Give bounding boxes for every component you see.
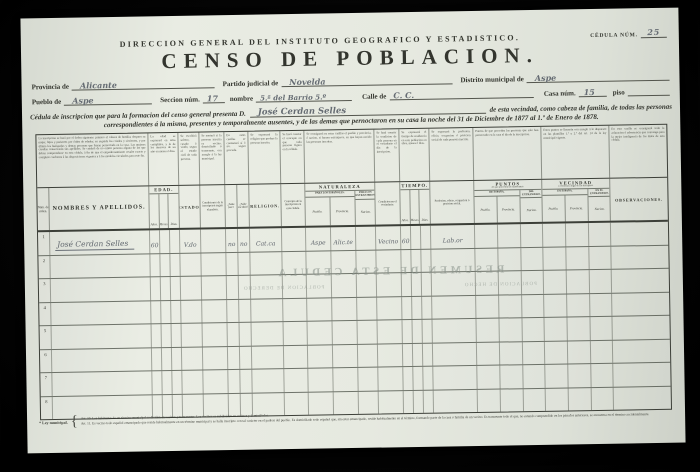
- cell-obs: [612, 316, 669, 339]
- cell-leer: [226, 252, 238, 275]
- header-vecindad-group: VECINDADó residencia legal de los inscri…: [542, 179, 611, 222]
- cedula-number-label: CÉDULA NÚM.: [590, 32, 638, 39]
- cell-nat_pueblo: [308, 368, 333, 391]
- distrito-label: Distrito municipal de: [452, 75, 527, 84]
- cell-v_prov: [567, 294, 590, 317]
- cell-estado: V.do: [180, 230, 201, 253]
- header-concepto: Concepto de la inscripcion en esta cédul…: [281, 184, 306, 226]
- header-sabe-escribir: ¿Sabe escribir?: [237, 185, 250, 227]
- header-estado: ESTADO.: [179, 186, 201, 228]
- cell-p_pueblo: [477, 366, 500, 389]
- vecindad-espana-col: Provincia.: [565, 195, 588, 222]
- instruction-cell: En esta casilla se consignará toda la ac…: [609, 125, 667, 178]
- seccion-field: 17: [203, 92, 225, 103]
- footnote-brace: {: [71, 416, 81, 428]
- cell-edad_anos: [152, 348, 162, 371]
- cell-t_dias: [422, 273, 432, 296]
- cell-p_nac: [521, 224, 543, 247]
- cell-p_pueblo: [477, 342, 500, 365]
- naturaleza-espanoles-col: Pueblo.: [305, 197, 330, 226]
- cell-nat_pueblo: [308, 321, 333, 344]
- naturaleza-extranjeros-col: Nacion.: [355, 199, 375, 225]
- cell-t_meses: [411, 249, 421, 272]
- cell-v_nac: [591, 364, 613, 387]
- cell-t_anos: [401, 250, 411, 273]
- cell-v_prov: [566, 223, 589, 246]
- cell-t_anos: [402, 273, 412, 296]
- cell-edad_meses: [162, 324, 172, 347]
- vecindad-extranjero-label: EN EL EXTRANJERO.: [588, 188, 610, 197]
- cell-concepto: [284, 322, 308, 345]
- cell-concepto: [282, 251, 306, 274]
- cell-obs: [611, 222, 668, 245]
- cell-nombres: [52, 371, 152, 395]
- header-edad-subs: Años.Meses.Dias.: [149, 194, 179, 228]
- cell-nat_nac: [358, 368, 378, 391]
- header-religion: RELIGION.: [249, 184, 282, 227]
- cell-obs: [611, 245, 668, 268]
- cell-v_nac: [590, 270, 612, 293]
- vecindad-extranjero-cols: Nacion.: [588, 197, 610, 221]
- cell-edad_anos: [151, 277, 161, 300]
- cell-num: 2: [38, 256, 50, 279]
- cell-v_nac: [590, 293, 612, 316]
- cell-edad_anos: [152, 371, 162, 394]
- cell-nat_pueblo: [308, 345, 333, 368]
- cell-estado: [182, 371, 203, 394]
- cell-concepto: [284, 369, 308, 392]
- instruction-cell: Se expresará el tiempo de residencia en …: [399, 129, 430, 181]
- cell-leer: [227, 276, 239, 299]
- cell-v_pueblo: [544, 317, 567, 340]
- seccion-label: Seccion núm.: [152, 95, 203, 104]
- cell-t_meses: [412, 296, 422, 319]
- cell-t_anos: [403, 344, 413, 367]
- vecindad-espana-cols: Pueblo.Provincia.: [542, 195, 587, 222]
- cell-p_nac: [522, 294, 544, 317]
- cell-t_anos: [402, 320, 412, 343]
- calle-field: C. C.: [389, 87, 534, 100]
- cell-p_nac: [522, 318, 544, 341]
- cell-nat_prov: [332, 297, 357, 320]
- cell-v_prov: [566, 247, 589, 270]
- cell-edad_anos: [152, 324, 162, 347]
- cell-inscripcion: [203, 370, 228, 393]
- cell-num: 3: [39, 279, 51, 302]
- puntos-espana: DE ESPAÑA.Pueblo.Provincia.: [474, 190, 521, 223]
- cell-num: 4: [39, 303, 51, 326]
- cell-t_meses: [413, 367, 423, 390]
- cell-concepto: [282, 228, 306, 251]
- cell-escribir: [240, 370, 252, 393]
- cell-leer: [227, 299, 239, 322]
- instruction-cell: Se expresará la profesion, oficio, ocupa…: [429, 128, 474, 181]
- cell-nat_pueblo: [306, 251, 331, 274]
- cell-edad_meses: [162, 371, 172, 394]
- cell-nat_nac: [358, 321, 378, 344]
- cell-leer: [228, 370, 240, 393]
- piso-field: [628, 85, 670, 97]
- cell-v_pueblo: [545, 364, 568, 387]
- cell-p_nac: [521, 247, 543, 270]
- cell-nombres: José Cerdan Selles: [50, 230, 150, 254]
- cell-inscripcion: [203, 347, 228, 370]
- cell-profesion: [432, 319, 476, 342]
- cell-obs: [612, 269, 669, 292]
- photo-background: DIRECCION GENERAL DEL INSTITUTO GEOGRAFI…: [0, 0, 700, 472]
- cell-profesion: [432, 272, 476, 295]
- provincia-label: Provincia de: [32, 83, 73, 92]
- cell-p_pueblo: [476, 319, 499, 342]
- header-puntos-group: PUNTOSde que proceden los transeuntes.DE…: [474, 180, 543, 223]
- instruction-cell: Se hará constar la condicion de cada per…: [374, 129, 400, 181]
- cell-p_nac: [522, 271, 544, 294]
- naturaleza-espanoles-cols: Pueblo.Provincia.: [305, 197, 354, 226]
- calle-label: Calle de: [352, 92, 389, 101]
- cell-t_anos: 60: [401, 226, 411, 249]
- cell-nat_pueblo: [307, 298, 332, 321]
- census-table: La inscripcion se hará por el órden sigu…: [35, 124, 672, 420]
- instruction-cell: La edad se expresará en años cumplidos, …: [148, 133, 179, 185]
- cell-estado: [181, 300, 202, 323]
- header-condicion-vecindario: Condicion en el vecindario.: [375, 182, 401, 224]
- footnote-marker: * Ley municipal.: [39, 419, 71, 425]
- header-puntos-group-subs: DE ESPAÑA.Pueblo.Provincia.DEL EXTRANJER…: [474, 190, 542, 223]
- instruction-cell: La inscripcion se hará por el órden sigu…: [36, 133, 149, 187]
- cell-p_nac: [523, 365, 545, 388]
- partido-field: Novelda: [281, 73, 452, 87]
- cell-inscripcion: [201, 253, 226, 276]
- header-sabe-leer: ¿Sabe leer?: [225, 185, 238, 227]
- cell-p_prov: [499, 295, 522, 318]
- cell-profesion: [433, 342, 477, 365]
- puntos-espana-col: Provincia.: [497, 196, 520, 223]
- cell-p_pueblo: [476, 295, 499, 318]
- cell-t_dias: [422, 296, 432, 319]
- cell-profesion: [431, 248, 475, 271]
- cell-v_prov: [568, 364, 591, 387]
- cell-v_prov: [568, 341, 591, 364]
- naturaleza-extranjeros-label: PARA LOS EXTRANJEROS.: [355, 191, 375, 200]
- cell-estado: [182, 324, 203, 347]
- cell-inscripcion: [202, 276, 227, 299]
- cell-v_pueblo: [543, 223, 566, 246]
- cell-religion: [251, 275, 283, 298]
- cell-t_dias: [423, 367, 433, 390]
- cell-edad_meses: [161, 301, 171, 324]
- header-condiciones-inscripcion: Condiciones de la inscripcion segun el p…: [200, 185, 226, 227]
- provincia-field: Alicante: [72, 77, 215, 90]
- puntos-extranjero: DEL EXTRANJERO.Nacion.: [520, 190, 543, 223]
- pueblo-field: Aspe: [64, 93, 152, 105]
- cell-nombres: [52, 324, 152, 348]
- cell-edad_meses: [160, 230, 170, 253]
- cell-p_pueblo: [476, 272, 499, 295]
- cell-concepto: [284, 345, 308, 368]
- header-tiempo-sub: Dias.: [420, 190, 430, 224]
- cell-inscripcion: [202, 300, 227, 323]
- vecindad-extranjero-col: Nacion.: [588, 197, 610, 221]
- cell-nombres: [52, 348, 152, 372]
- puntos-espana-cols: Pueblo.Provincia.: [474, 196, 519, 223]
- nombre-field: 5.ª del Barrio 5.º: [256, 90, 352, 103]
- cell-nat_nac: [356, 250, 376, 273]
- cell-nat_nac: [357, 274, 377, 297]
- cell-nombres: [51, 301, 151, 325]
- cell-obs: [613, 363, 670, 386]
- cell-edad_dias: [170, 230, 180, 253]
- cell-v_nac: [589, 223, 611, 246]
- header-num-orden: Núm. de órden.: [37, 188, 50, 230]
- instruction-cell: Se escribirá soltero, casado ó viudo, se…: [178, 133, 200, 185]
- naturaleza-espanoles: PARA LOS ESPAÑOLES.Pueblo.Provincia.: [305, 191, 356, 226]
- cell-p_pueblo: [475, 225, 498, 248]
- cell-edad_dias: [171, 300, 181, 323]
- cell-leer: [228, 346, 240, 369]
- cell-p_pueblo: [475, 248, 498, 271]
- cell-condicion: [377, 297, 402, 320]
- cell-condicion: Vecino: [376, 226, 401, 249]
- header-edad-sub: Dias.: [169, 194, 179, 228]
- cell-nat_nac: [357, 297, 377, 320]
- cell-edad_dias: [171, 277, 181, 300]
- pueblo-value: Aspe: [72, 95, 94, 105]
- nombre-label: nombre: [225, 95, 256, 104]
- instruction-cell: En estas casillas se contestará sí ó no,…: [224, 132, 249, 184]
- cell-nat_prov: [333, 321, 358, 344]
- cell-inscripcion: [201, 229, 226, 252]
- cell-nombres: [51, 277, 151, 301]
- cell-religion: [252, 346, 284, 369]
- cell-edad_dias: [170, 253, 180, 276]
- cell-v_pueblo: [544, 294, 567, 317]
- cell-v_pueblo: [544, 270, 567, 293]
- cell-v_nac: [590, 317, 612, 340]
- cell-nat_pueblo: Aspe: [306, 227, 331, 250]
- cell-religion: [252, 322, 284, 345]
- cell-v_prov: [567, 317, 590, 340]
- naturaleza-extranjeros: PARA LOS EXTRANJEROS.Nacion.: [355, 191, 376, 225]
- cell-t_meses: [411, 226, 421, 249]
- cell-v_prov: [567, 270, 590, 293]
- provincia-value: Alicante: [80, 80, 117, 91]
- naturaleza-extranjeros-cols: Nacion.: [355, 199, 375, 225]
- cell-leer: [228, 323, 240, 346]
- cell-edad_meses: [161, 277, 171, 300]
- cell-num: 7: [40, 373, 52, 396]
- calle-value: C. C.: [393, 90, 414, 100]
- cell-escribir: [240, 346, 252, 369]
- distrito-value: Aspe: [535, 73, 557, 83]
- cell-p_prov: [499, 271, 522, 294]
- cell-v_pueblo: [545, 341, 568, 364]
- cell-edad_anos: [150, 254, 160, 277]
- header-edad-sub: Meses.: [159, 194, 169, 228]
- cell-t_anos: [402, 297, 412, 320]
- cell-edad_meses: [162, 348, 172, 371]
- piso-label: piso: [607, 88, 628, 96]
- cedula-number-value: 25: [641, 27, 667, 38]
- cell-nat_prov: [332, 274, 357, 297]
- cell-num: 5: [40, 326, 52, 349]
- cell-religion: [250, 252, 282, 275]
- cell-inscripcion: [203, 323, 228, 346]
- header-vecindad-group-subs: EN ESPAÑA.Pueblo.Provincia.EN EL EXTRANJ…: [542, 188, 610, 221]
- header-naturaleza-group: NATURALEZAPARA LOS ESPAÑOLES.Pueblo.Prov…: [305, 183, 376, 226]
- cell-t_meses: [412, 320, 422, 343]
- partido-label: Partido judicial de: [215, 79, 282, 88]
- cell-edad_anos: [151, 301, 161, 324]
- header-naturaleza-subs: PARA LOS ESPAÑOLES.Pueblo.Provincia.PARA…: [305, 191, 375, 226]
- header-tiempo-sub: Meses.: [410, 190, 420, 224]
- cell-num: 6: [40, 350, 52, 373]
- nombre-value: 5.ª del Barrio 5.º: [260, 92, 326, 102]
- cell-escribir: [238, 252, 250, 275]
- cell-p_nac: [523, 341, 545, 364]
- cell-p_prov: [500, 365, 523, 388]
- cell-t_dias: [422, 320, 432, 343]
- header-observaciones: OBSERVACIONES.: [610, 178, 668, 221]
- census-form-paper: DIRECCION GENERAL DEL INSTITUTO GEOGRAFI…: [20, 8, 685, 454]
- cell-p_prov: [498, 224, 521, 247]
- casa-field: 15: [579, 86, 607, 97]
- cell-estado: [181, 277, 202, 300]
- puntos-extranjero-cols: Nacion.: [520, 198, 542, 222]
- cell-religion: [252, 369, 284, 392]
- partido-value: Novelda: [289, 76, 325, 87]
- cell-t_dias: [423, 343, 433, 366]
- puntos-espana-col: Pueblo.: [474, 196, 497, 223]
- header-tiempo-subs: Años.Meses.Dias.: [400, 190, 430, 224]
- cell-concepto: [283, 275, 307, 298]
- cell-t_dias: [421, 226, 431, 249]
- cell-condicion: [377, 273, 402, 296]
- cell-v_nac: [591, 340, 613, 363]
- cell-condicion: [377, 320, 402, 343]
- cell-nat_prov: [333, 368, 358, 391]
- cell-obs: [613, 339, 670, 362]
- vecindad-extranjero: EN EL EXTRANJERO.Nacion.: [588, 188, 611, 221]
- cell-condicion: [378, 344, 403, 367]
- cell-religion: Cat.ca: [250, 228, 282, 251]
- cell-p_prov: [500, 342, 523, 365]
- entry-name: José Cerdan Selles: [55, 238, 134, 250]
- cell-num: 1: [38, 232, 50, 255]
- cell-escribir: [239, 276, 251, 299]
- cell-condicion: [376, 250, 401, 273]
- cell-escribir: [240, 323, 252, 346]
- casa-label: Casa núm.: [534, 89, 579, 98]
- cedula-number: CÉDULA NÚM. 25: [590, 27, 667, 39]
- instruction-cell: Puntos de que proceden las personas que …: [473, 127, 542, 180]
- header-tiempo-group: TIEMPO.Años.Meses.Dias.: [400, 182, 431, 224]
- cell-obs: [612, 292, 669, 315]
- cell-nombres: [50, 254, 150, 278]
- vecindad-espana-col: Pueblo.: [542, 195, 565, 222]
- header-tiempo-sub: Años.: [400, 190, 410, 224]
- cell-nat_prov: [331, 250, 356, 273]
- casa-value: 15: [584, 87, 595, 97]
- cell-nat_nac: [356, 227, 376, 250]
- instruction-cell: Estos puntos se llenarán con arreglo á l…: [541, 126, 610, 179]
- cell-concepto: [283, 298, 307, 321]
- cell-edad_meses: [160, 254, 170, 277]
- cabeza-name-value: José Cerdan Selles: [258, 106, 346, 117]
- cell-edad_dias: [172, 347, 182, 370]
- cell-escribir: [239, 299, 251, 322]
- cell-t_anos: [403, 367, 413, 390]
- header-profesion: Profesion, oficio, ocupacion ó posicion …: [430, 181, 475, 224]
- cell-profesion: [433, 366, 477, 389]
- cell-nat_nac: [358, 344, 378, 367]
- naturaleza-espanoles-col: Provincia.: [330, 197, 355, 226]
- pueblo-label: Pueblo de: [32, 98, 65, 107]
- cell-v_pueblo: [543, 247, 566, 270]
- header-edad-group: EDAD.Años.Meses.Dias.: [149, 186, 180, 228]
- instruction-cell: Se hará constar el concepto en que cada …: [280, 131, 305, 183]
- puntos-extranjero-label: DEL EXTRANJERO.: [520, 190, 542, 199]
- puntos-extranjero-col: Nacion.: [520, 198, 542, 222]
- cell-edad_dias: [172, 371, 182, 394]
- cell-edad_anos: 60: [150, 230, 160, 253]
- cell-leer: no: [226, 229, 238, 252]
- cell-nat_prov: [333, 344, 358, 367]
- cell-religion: [251, 299, 283, 322]
- cell-t_meses: [413, 343, 423, 366]
- cell-profesion: Lab.or: [431, 225, 475, 248]
- cell-nat_pueblo: [307, 274, 332, 297]
- cell-edad_dias: [172, 324, 182, 347]
- cell-condicion: [378, 367, 403, 390]
- distrito-field: Aspe: [527, 70, 670, 83]
- instruction-cell: Se expresará la religion que profese la …: [248, 131, 281, 184]
- cell-t_dias: [421, 249, 431, 272]
- instruction-cell: Se anotará si la persona inscrita es vec…: [199, 132, 225, 184]
- cell-escribir: no: [238, 229, 250, 252]
- header-nombres-apellidos: NOMBRES Y APELLIDOS.: [49, 186, 150, 230]
- cell-p_prov: [498, 248, 521, 271]
- cell-nat_prov: Alic.te: [331, 227, 356, 250]
- instruction-cell: Se consignará en estas casillas el puebl…: [304, 130, 375, 183]
- cell-v_nac: [589, 246, 611, 269]
- cell-estado: [182, 347, 203, 370]
- cell-p_prov: [499, 318, 522, 341]
- cell-profesion: [432, 295, 476, 318]
- cell-estado: [180, 253, 201, 276]
- seccion-value: 17: [207, 93, 218, 103]
- header-edad-sub: Años.: [149, 194, 159, 228]
- vecindad-espana: EN ESPAÑA.Pueblo.Provincia.: [542, 189, 589, 222]
- cell-t_meses: [412, 273, 422, 296]
